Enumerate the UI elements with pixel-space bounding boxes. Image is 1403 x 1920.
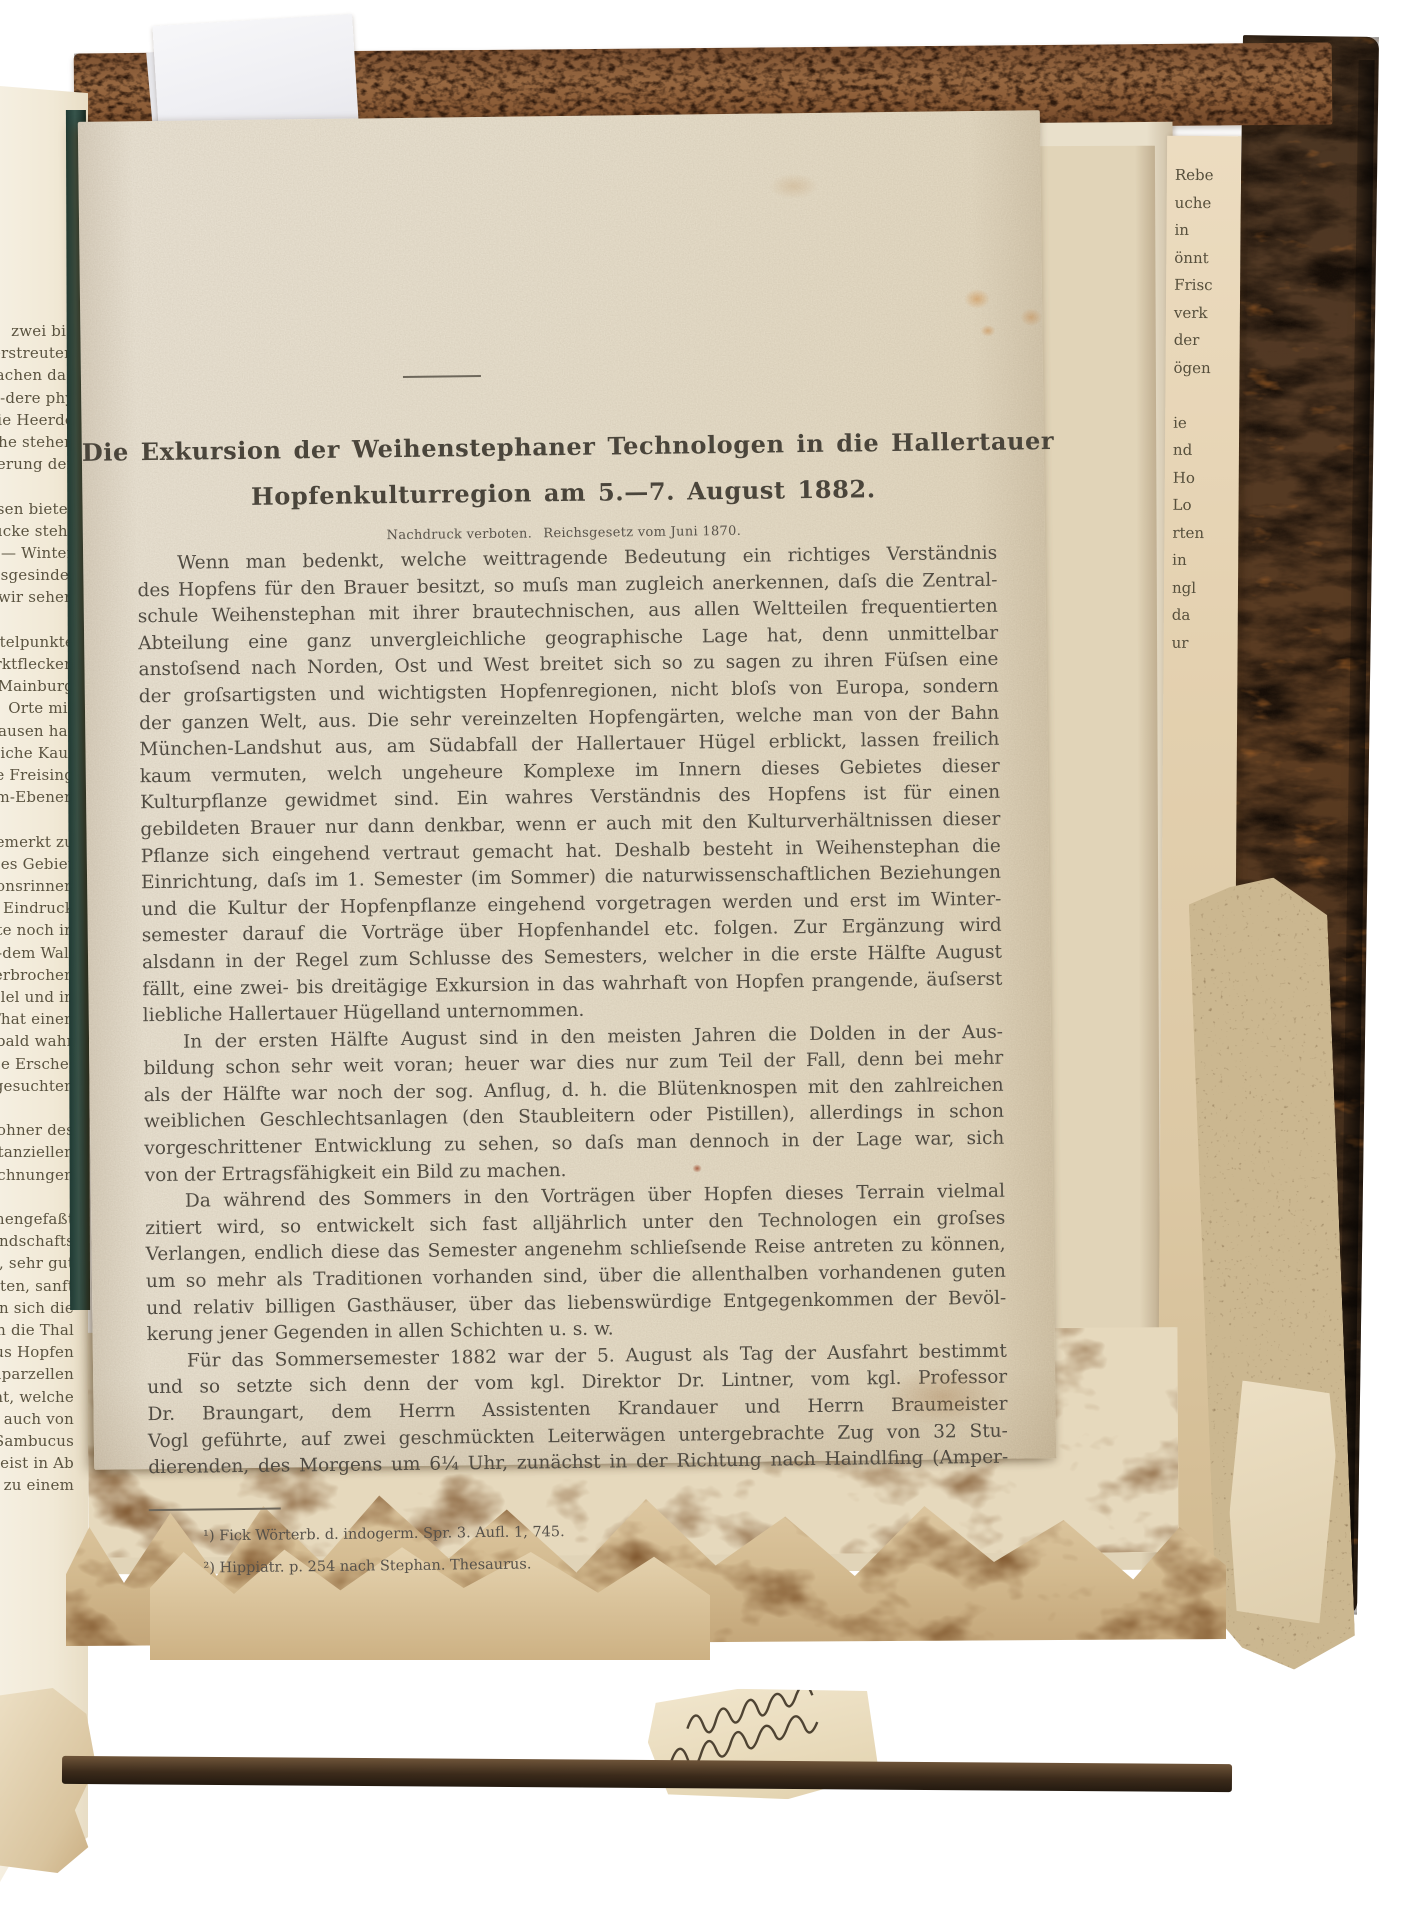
fragment-line: rom-Ebenen (0, 786, 74, 808)
fragment-line: dere phy- (0, 387, 74, 409)
fragment-line: Ho (1173, 464, 1241, 492)
fragment-line: gel auch von (0, 1408, 74, 1430)
fragment-line: machen das (0, 364, 74, 386)
article-separator-rule (403, 375, 481, 378)
footnotes: ¹) Fick Wörterb. d. indogerm. Spr. 3. Au… (203, 1512, 904, 1585)
fragment-line: ngl (1172, 574, 1241, 602)
foxing-spot (964, 289, 990, 309)
fragment-line: iese Erschei- (0, 1053, 74, 1075)
fragment-line: unterbrochen (0, 964, 74, 986)
fragment-line: ieses Gebiet (0, 853, 74, 875)
fragment-line: Landschafts- (0, 1230, 74, 1252)
fragment-line: in (1174, 217, 1241, 245)
fragment-line: dem Wall- (0, 942, 74, 964)
fragment-line: That einen (0, 1008, 74, 1030)
fragment-line: verk (1174, 299, 1241, 327)
fragment-line: bald wahr- (0, 1030, 74, 1052)
fragment-line: ücke steht. (0, 520, 74, 542)
right-page-text-fragment: RebeucheinönntFriscverkderögeniendHoLort… (1172, 162, 1242, 658)
fragment-line: ie Freising, (0, 764, 74, 786)
fragment-line: der (1174, 327, 1242, 355)
fragment-line: Waldparzellen (0, 1363, 74, 1385)
fragment-line: eßen sich die (0, 1297, 74, 1319)
fragment-line: bemerkt zu (0, 831, 74, 853)
book-photo: zwei biszerstreutenmachen dasdere phy-di… (0, 0, 1403, 1920)
fragment-line: ie (1173, 409, 1241, 437)
fragment-line: Rebe (1175, 162, 1241, 190)
foxing-spot (1020, 308, 1042, 326)
fragment-line: en Eindruck (0, 897, 74, 919)
fragment-line: n Sambucus (0, 1430, 74, 1452)
fragment-line: Mainburg, (0, 675, 74, 697)
fragment-line: meist in Ab- (0, 1452, 74, 1474)
fragment-line: ch gesuchten (0, 1075, 74, 1097)
fragment-line: e zu einem (0, 1474, 74, 1496)
fragment-line: die Heerde (0, 409, 74, 431)
fragment-line: Winter — (0, 542, 74, 564)
fragment-line: furcht, welche (0, 1386, 74, 1408)
fragment-line (0, 1186, 74, 1208)
fragment-line: allel und in (0, 986, 74, 1008)
fragment-line: in (1172, 547, 1241, 575)
fragment-line: ur (1172, 629, 1242, 657)
fragment-line (0, 475, 74, 497)
fragment-line: rten (1172, 519, 1241, 547)
fragment-line: che stehen. (0, 431, 74, 453)
fragment-line: zwei bis (0, 320, 74, 342)
fragment-line: ögen (1173, 354, 1241, 382)
fragment-line: eiche Kauf- (0, 742, 74, 764)
article-title-line-2: Hopfenkulturregion am 5.—7. August 1882. (82, 472, 1044, 513)
book-bottom-edge (62, 1756, 1232, 1792)
fragment-line: ubstanziellen (0, 1141, 74, 1163)
fragment-line: Lo (1172, 492, 1241, 520)
cream-paper-flap (1226, 1380, 1338, 1623)
fragment-line: aus Hopfen- (0, 1341, 74, 1363)
fragment-line: Orte mit (0, 697, 74, 719)
article-body: Wenn man bedenkt, welche weittragende Be… (137, 541, 1008, 1482)
fragment-line: derung der (0, 453, 74, 475)
fragment-line: ute noch in (0, 919, 74, 941)
fragment-line: ebsgesindel (0, 564, 74, 586)
fragment-line (0, 808, 74, 830)
left-page-text-fragment: zwei biszerstreutenmachen dasdere phy-di… (0, 320, 74, 1497)
fragment-line: es, sehr gut (0, 1252, 74, 1274)
fragment-line: Zeichnungen (0, 1164, 74, 1186)
foxing-spot (980, 325, 995, 337)
fragment-line: Frisc (1174, 272, 1241, 300)
fragment-line: da (1172, 602, 1241, 630)
fragment-line (0, 609, 74, 631)
fragment-line: hausen hat (0, 720, 74, 742)
fragment-line: mmengefaßt. (0, 1208, 74, 1230)
fragment-line: nd (1173, 437, 1241, 465)
fragment-line: ewohner des (0, 1119, 74, 1141)
article-title-line-1: Die Exkursion der Weihenstephaner Techno… (82, 426, 1044, 467)
foxing-spot (768, 173, 818, 200)
fragment-line: wir sehen (0, 586, 74, 608)
fragment-line: chten, sanft (0, 1275, 74, 1297)
fragment-line: zerstreuten (0, 342, 74, 364)
fragment-line: n die Thal- (0, 1319, 74, 1341)
main-page: Die Exkursion der Weihenstephaner Techno… (78, 110, 1056, 1470)
fragment-line: uche (1175, 189, 1242, 217)
fragment-line (0, 1097, 74, 1119)
fragment-line: ionsrinnen, (0, 875, 74, 897)
fragment-line: arktflecken, (0, 653, 74, 675)
fragment-line (1173, 382, 1241, 410)
fragment-line: önnt (1174, 244, 1241, 272)
fragment-line: ttelpunkte; (0, 631, 74, 653)
fragment-line: esen bietet (0, 498, 74, 520)
